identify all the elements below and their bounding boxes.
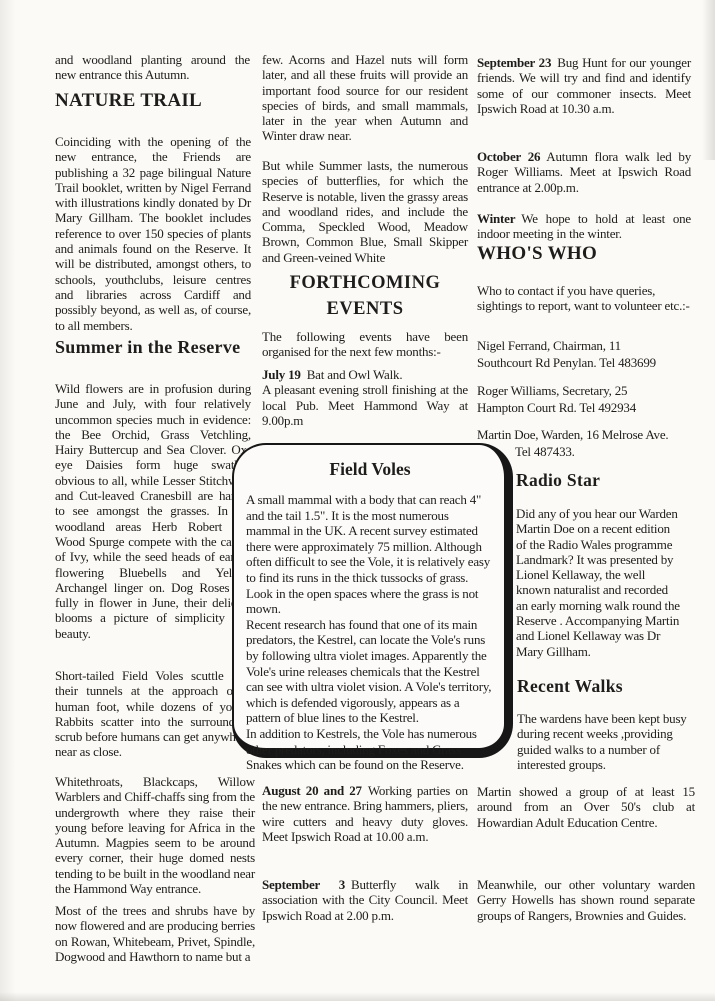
paragraph-butterflies: But while Summer lasts, the numerous spe… xyxy=(262,158,468,265)
event-august-20-27: August 20 and 27Working parties on the n… xyxy=(262,783,468,844)
contact-warden: Martin Doe, Warden, 16 Melrose Ave.Tel 4… xyxy=(477,426,705,460)
event-date: October 26 xyxy=(477,149,540,164)
heading-field-voles: Field Voles xyxy=(246,459,494,480)
event-winter: WinterWe hope to hold at least one indoo… xyxy=(477,211,691,242)
paragraph-field-voles-rabbits: Short-tailed Field Voles scuttle into th… xyxy=(55,668,251,760)
paragraph-wild-flowers: Wild flowers are in profusion during Jun… xyxy=(55,381,251,641)
scan-edge-left xyxy=(0,0,16,1001)
paragraph-trees-shrubs: Most of the trees and shrubs have by now… xyxy=(55,903,255,964)
event-september-3: September 3Butterfly walk in association… xyxy=(262,877,468,923)
heading-recent-walks: Recent Walks xyxy=(517,676,623,697)
contact-line: Southcourt Rd Penylan. Tel 483699 xyxy=(477,355,656,370)
paragraph-acorns-hazel: few. Acorns and Hazel nuts will form lat… xyxy=(262,52,468,144)
field-voles-paragraph: Recent research has found that one of it… xyxy=(246,617,494,726)
contact-line: Martin Doe, Warden, 16 Melrose Ave. xyxy=(477,427,668,442)
contact-line: Nigel Ferrand, Chairman, 11 xyxy=(477,338,621,353)
heading-line: EVENTS xyxy=(326,299,403,319)
newsletter-page: and woodland planting around the new ent… xyxy=(0,0,715,1001)
event-date: Winter xyxy=(477,211,515,226)
event-date: September 23 xyxy=(477,55,551,70)
heading-summer-in-the-reserve: Summer in the Reserve xyxy=(55,337,240,358)
paragraph-recent-walks: The wardens have been kept busy during r… xyxy=(517,711,689,772)
event-july-19: July 19Bat and Owl Walk. A pleasant even… xyxy=(262,367,468,428)
contact-line: Tel 487433. xyxy=(515,444,575,459)
field-voles-paragraph: A small mammal with a body that can reac… xyxy=(246,492,494,617)
heading-forthcoming-events: FORTHCOMINGEVENTS xyxy=(262,270,468,322)
event-october-26: October 26Autumn flora walk led by Roger… xyxy=(477,149,691,195)
paragraph-woodland-planting: and woodland planting around the new ent… xyxy=(55,52,250,83)
paragraph-events-intro: The following events have been organised… xyxy=(262,329,468,360)
event-date: July 19 xyxy=(262,367,301,382)
heading-whos-who: WHO'S WHO xyxy=(477,243,597,265)
event-date: September 3 xyxy=(262,877,345,892)
paragraph-radio-star: Did any of you hear our Warden Martin Do… xyxy=(516,506,680,659)
paragraph-nature-trail-booklet: Coinciding with the opening of the new e… xyxy=(55,134,251,333)
paragraph-martin-group: Martin showed a group of at least 15 aro… xyxy=(477,784,695,830)
heading-nature-trail: NATURE TRAIL xyxy=(55,90,202,112)
field-voles-paragraph: In addition to Kestrels, the Vole has nu… xyxy=(246,726,494,773)
paragraph-contact-intro: Who to contact if you have queries, sigh… xyxy=(477,283,691,314)
scan-edge-bottom xyxy=(0,992,715,1001)
contact-line: Roger Williams, Secretary, 25 xyxy=(477,383,627,398)
contact-line: Hampton Court Rd. Tel 492934 xyxy=(477,400,636,415)
event-september-23: September 23Bug Hunt for our younger fri… xyxy=(477,55,691,116)
contact-secretary: Roger Williams, Secretary, 25Hampton Cou… xyxy=(477,382,701,416)
field-voles-box: Field Voles A small mammal with a body t… xyxy=(232,443,513,758)
heading-radio-star: Radio Star xyxy=(516,470,600,491)
heading-line: FORTHCOMING xyxy=(290,273,441,293)
event-date: August 20 and 27 xyxy=(262,783,362,798)
paragraph-gerry-howells: Meanwhile, our other voluntary warden Ge… xyxy=(477,877,695,923)
contact-chairman: Nigel Ferrand, Chairman, 11Southcourt Rd… xyxy=(477,337,701,371)
paragraph-birds: Whitethroats, Blackcaps, Willow Warblers… xyxy=(55,774,255,896)
scan-edge-right xyxy=(702,0,715,160)
